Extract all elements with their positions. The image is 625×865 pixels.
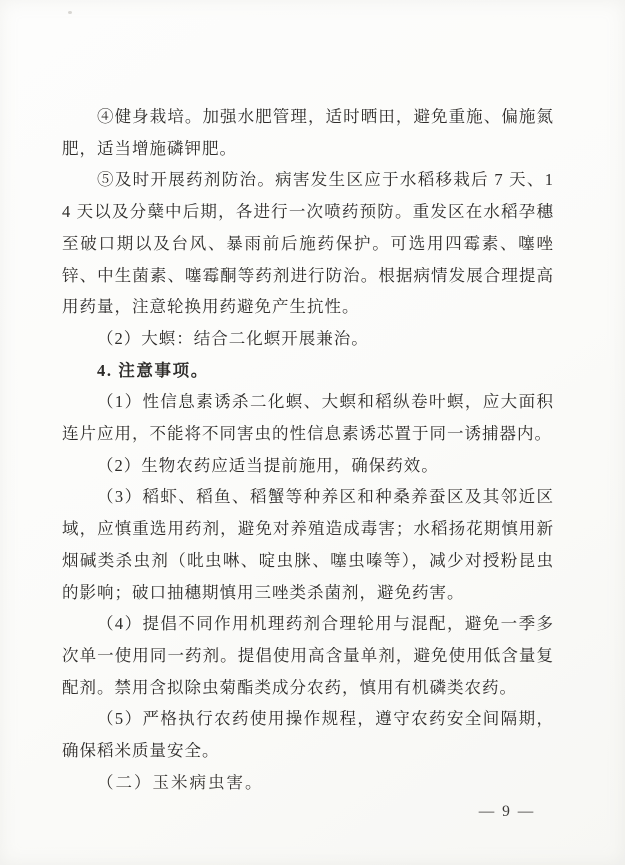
section-heading-corn-pests: （二）玉米病虫害。 <box>62 767 554 799</box>
paragraph-precaution-5-safety: （5）严格执行农药使用操作规程，遵守农药安全间隔期，确保稻米质量安全。 <box>62 703 554 766</box>
paragraph-daming-borer: （2）大螟：结合二化螟开展兼治。 <box>62 323 554 355</box>
paragraph-precaution-2-biopesticide: （2）生物农药应适当提前施用，确保药效。 <box>62 450 554 482</box>
document-text-block: ④健身栽培。加强水肥管理，适时晒田，避免重施、偏施氮肥，适当增施磷钾肥。 ⑤及时… <box>62 101 554 798</box>
section-heading-precautions: 4. 注意事项。 <box>62 355 554 387</box>
page-number: — 9 — <box>452 803 562 821</box>
paragraph-precaution-4-rotation: （4）提倡不同作用机理药剂合理轮用与混配，避免一季多次单一使用同一药剂。提倡使用… <box>62 608 554 703</box>
paragraph-rice-cultivation: ④健身栽培。加强水肥管理，适时晒田，避免重施、偏施氮肥，适当增施磷钾肥。 <box>62 101 554 164</box>
scan-smudge <box>68 11 72 14</box>
document-page: ④健身栽培。加强水肥管理，适时晒田，避免重施、偏施氮肥，适当增施磷钾肥。 ⑤及时… <box>0 0 625 865</box>
paragraph-precaution-3-aquaculture: （3）稻虾、稻鱼、稻蟹等种养区和种桑养蚕区及其邻近区域，应慎重选用药剂，避免对养… <box>62 481 554 608</box>
paragraph-rice-chemical-control: ⑤及时开展药剂防治。病害发生区应于水稻移栽后 7 天、14 天以及分蘖中后期，各… <box>62 164 554 323</box>
paragraph-precaution-1-pheromone: （1）性信息素诱杀二化螟、大螟和稻纵卷叶螟，应大面积连片应用，不能将不同害虫的性… <box>62 386 554 449</box>
